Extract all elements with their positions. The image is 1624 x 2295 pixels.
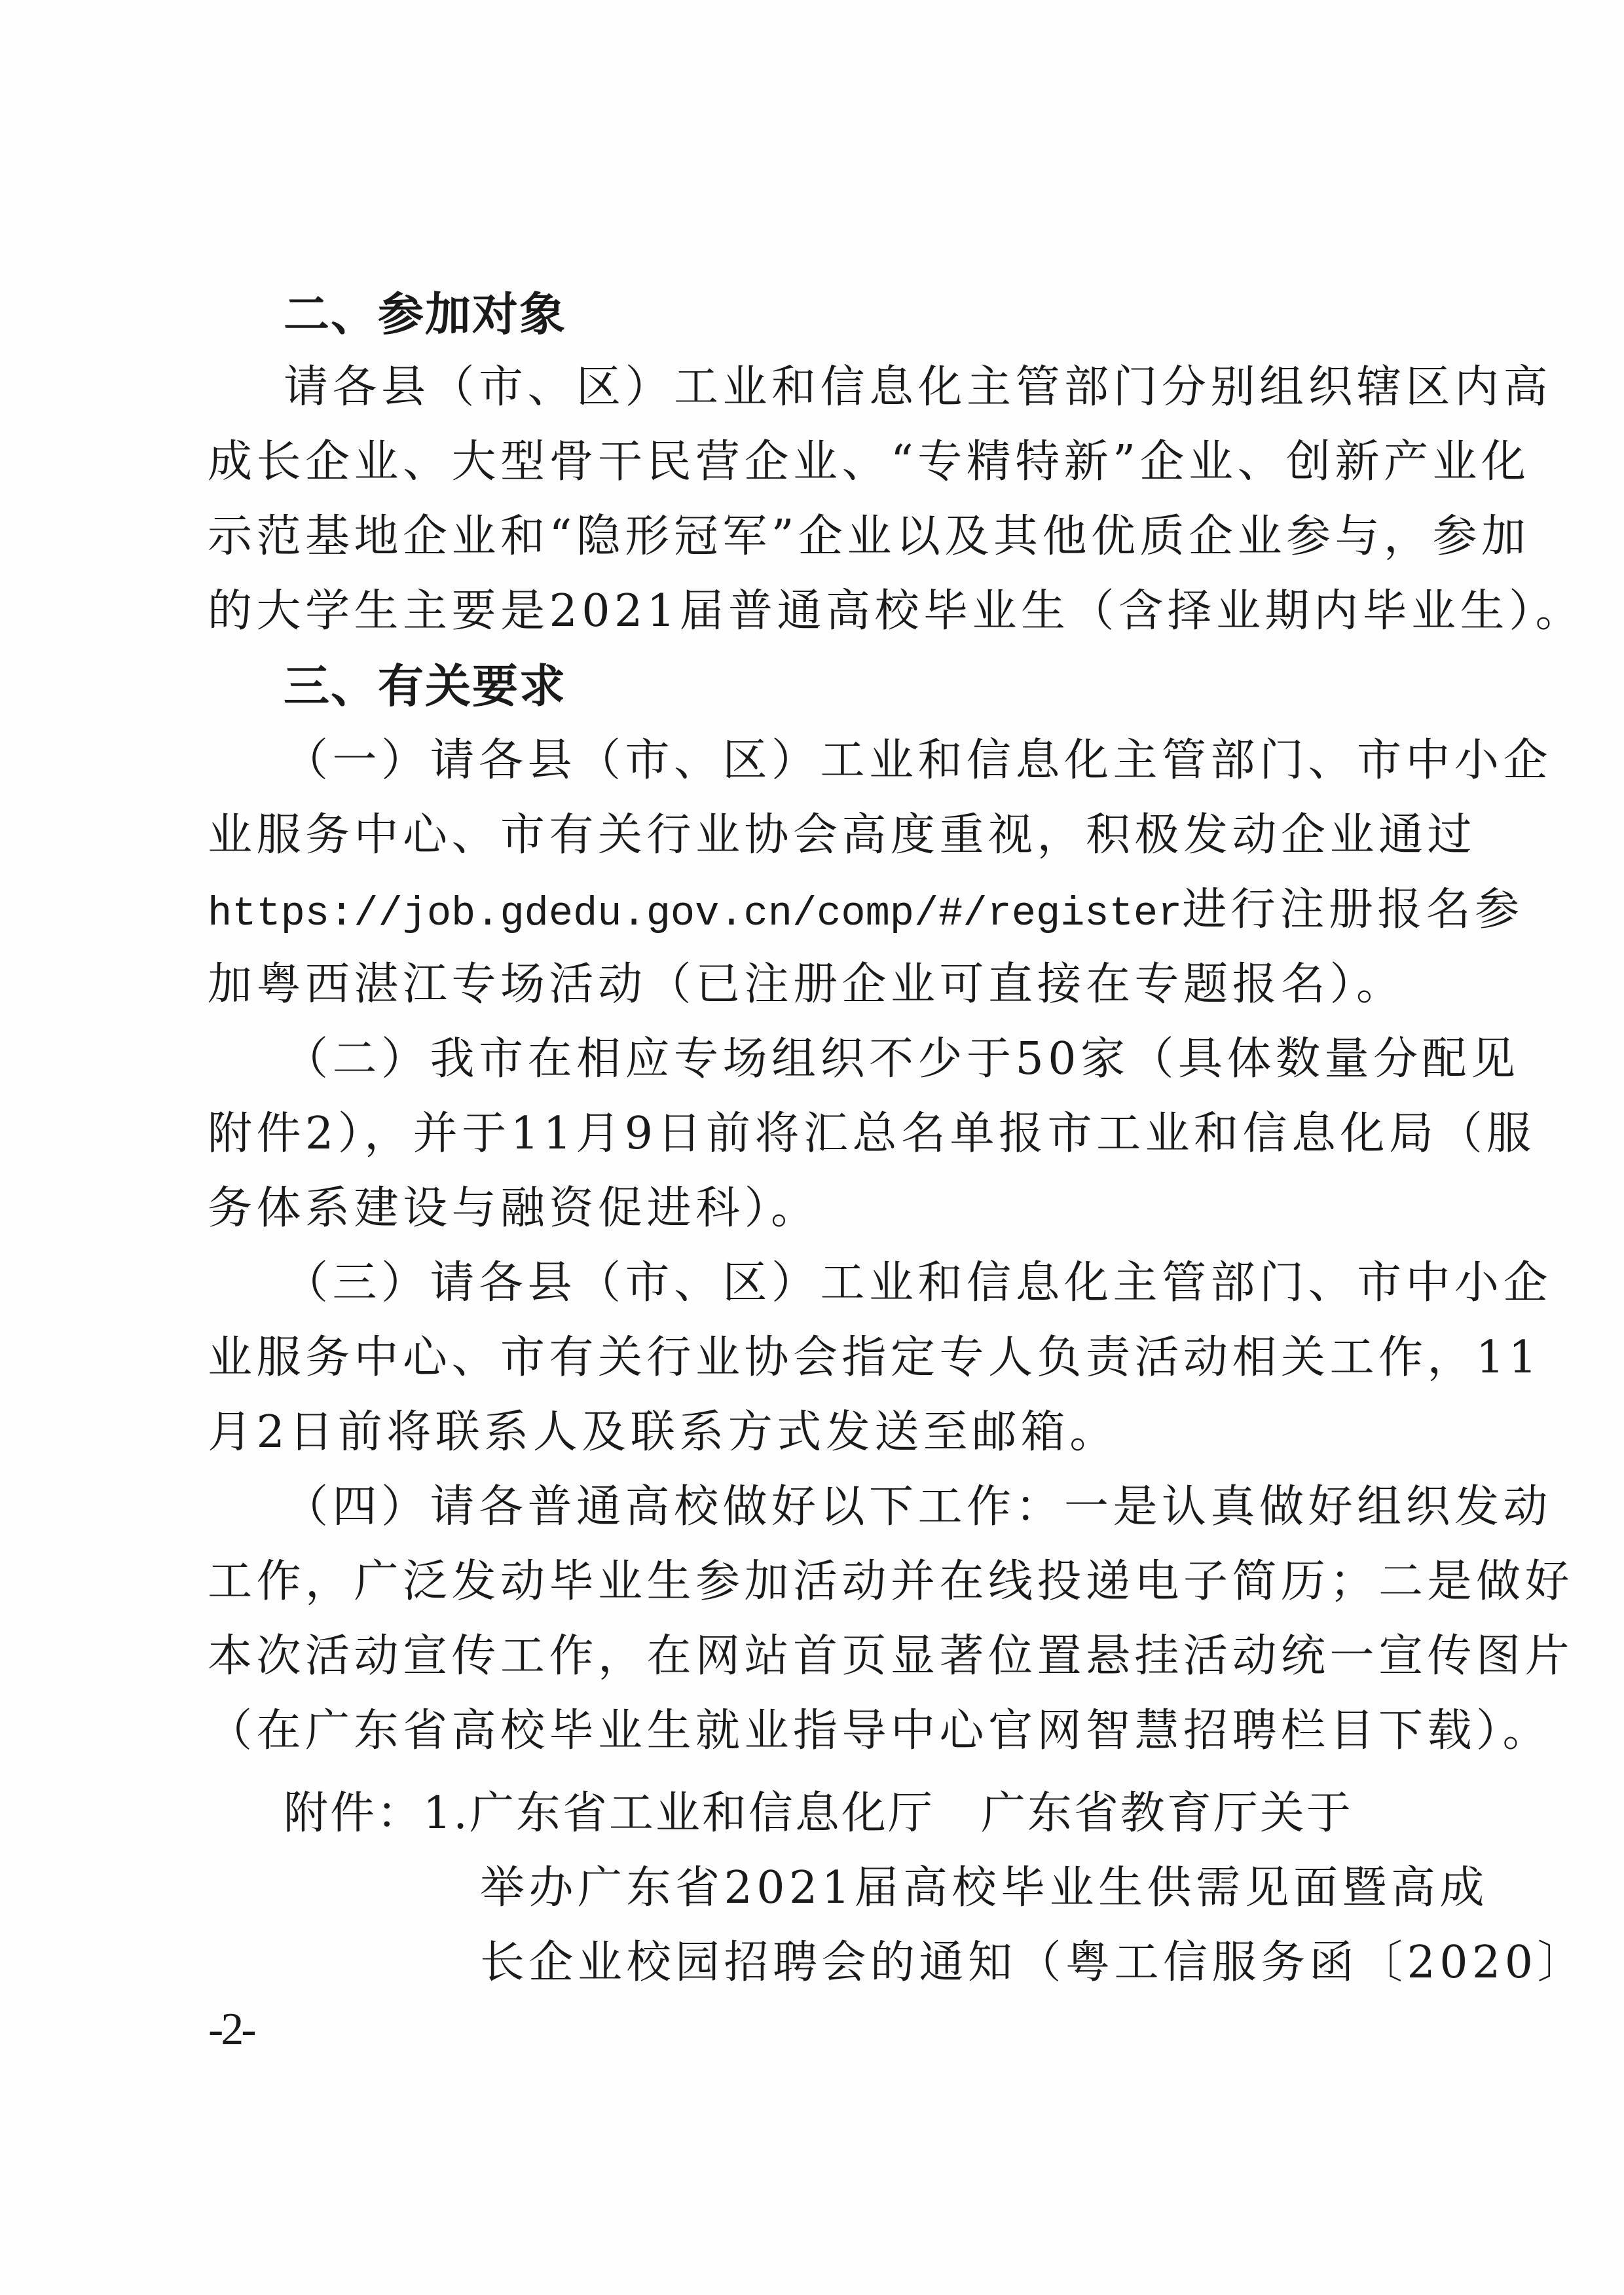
paragraph-line: 示范基地企业和“隐形冠军”企业以及其他优质企业参与，参加 [208,504,1416,570]
paragraph-line: （四）请各普通高校做好以下工作：一是认真做好组织发动 [284,1475,1416,1540]
paragraph-line: （二）我市在相应专场组织不少于50家（具体数量分配见 [284,1027,1416,1092]
paragraph-line: 业服务中心、市有关行业协会高度重视，积极发动企业通过 [208,803,1416,868]
paragraph-line-url: https://job.gdedu.gov.cn/comp/#/register… [208,877,1416,943]
paragraph-line: 月2日前将联系人及联系方式发送至邮箱。 [208,1400,1416,1465]
page-number: -2- [208,1997,254,2063]
registration-url-link[interactable]: https://job.gdedu.gov.cn/comp/#/register [208,890,1182,937]
paragraph-line: 务体系建设与融资促进科）。 [208,1176,1416,1241]
paragraph-line: 成长企业、大型骨干民营企业、“专精特新”企业、创新产业化 [208,430,1416,495]
section-heading-requirements: 三、有关要求 [284,653,1492,719]
attachment-line: 举办广东省2021届高校毕业生供需见面暨高成 [480,1856,1410,1921]
paragraph-line: 本次活动宣传工作，在网站首页显著位置悬挂活动统一宣传图片 [208,1624,1416,1689]
paragraph-line: 的大学生主要是2021届普通高校毕业生（含择业期内毕业生）。 [208,579,1416,644]
paragraph-line: 工作，广泛发动毕业生参加活动并在线投递电子简历；二是做好 [208,1549,1416,1615]
paragraph-line: （一）请各县（市、区）工业和信息化主管部门、市中小企 [284,728,1416,794]
paragraph-line: （三）请各县（市、区）工业和信息化主管部门、市中小企 [284,1251,1416,1316]
paragraph-line: （在广东省高校毕业生就业指导中心官网智慧招聘栏目下载）。 [208,1698,1416,1764]
document-page: 二、参加对象 请各县（市、区）工业和信息化主管部门分别组织辖区内高 成长企业、大… [0,0,1624,2295]
attachment-label: 附件：1.广东省工业和信息化厅 广东省教育厅关于 [284,1781,1112,1846]
section-heading-participants: 二、参加对象 [284,282,1492,347]
paragraph-line: 请各县（市、区）工业和信息化主管部门分别组织辖区内高 [284,355,1416,420]
paragraph-line: 业服务中心、市有关行业协会指定专人负责活动相关工作，11 [208,1325,1416,1391]
paragraph-line: 加粤西湛江专场活动（已注册企业可直接在专题报名）。 [208,952,1416,1018]
url-suffix-text: 进行注册报名参 [1182,884,1524,936]
attachment-line: 长企业校园招聘会的通知（粤工信服务函〔2020〕 [480,1930,1410,1996]
paragraph-line: 附件2），并于11月9日前将汇总名单报市工业和信息化局（服 [208,1101,1416,1167]
